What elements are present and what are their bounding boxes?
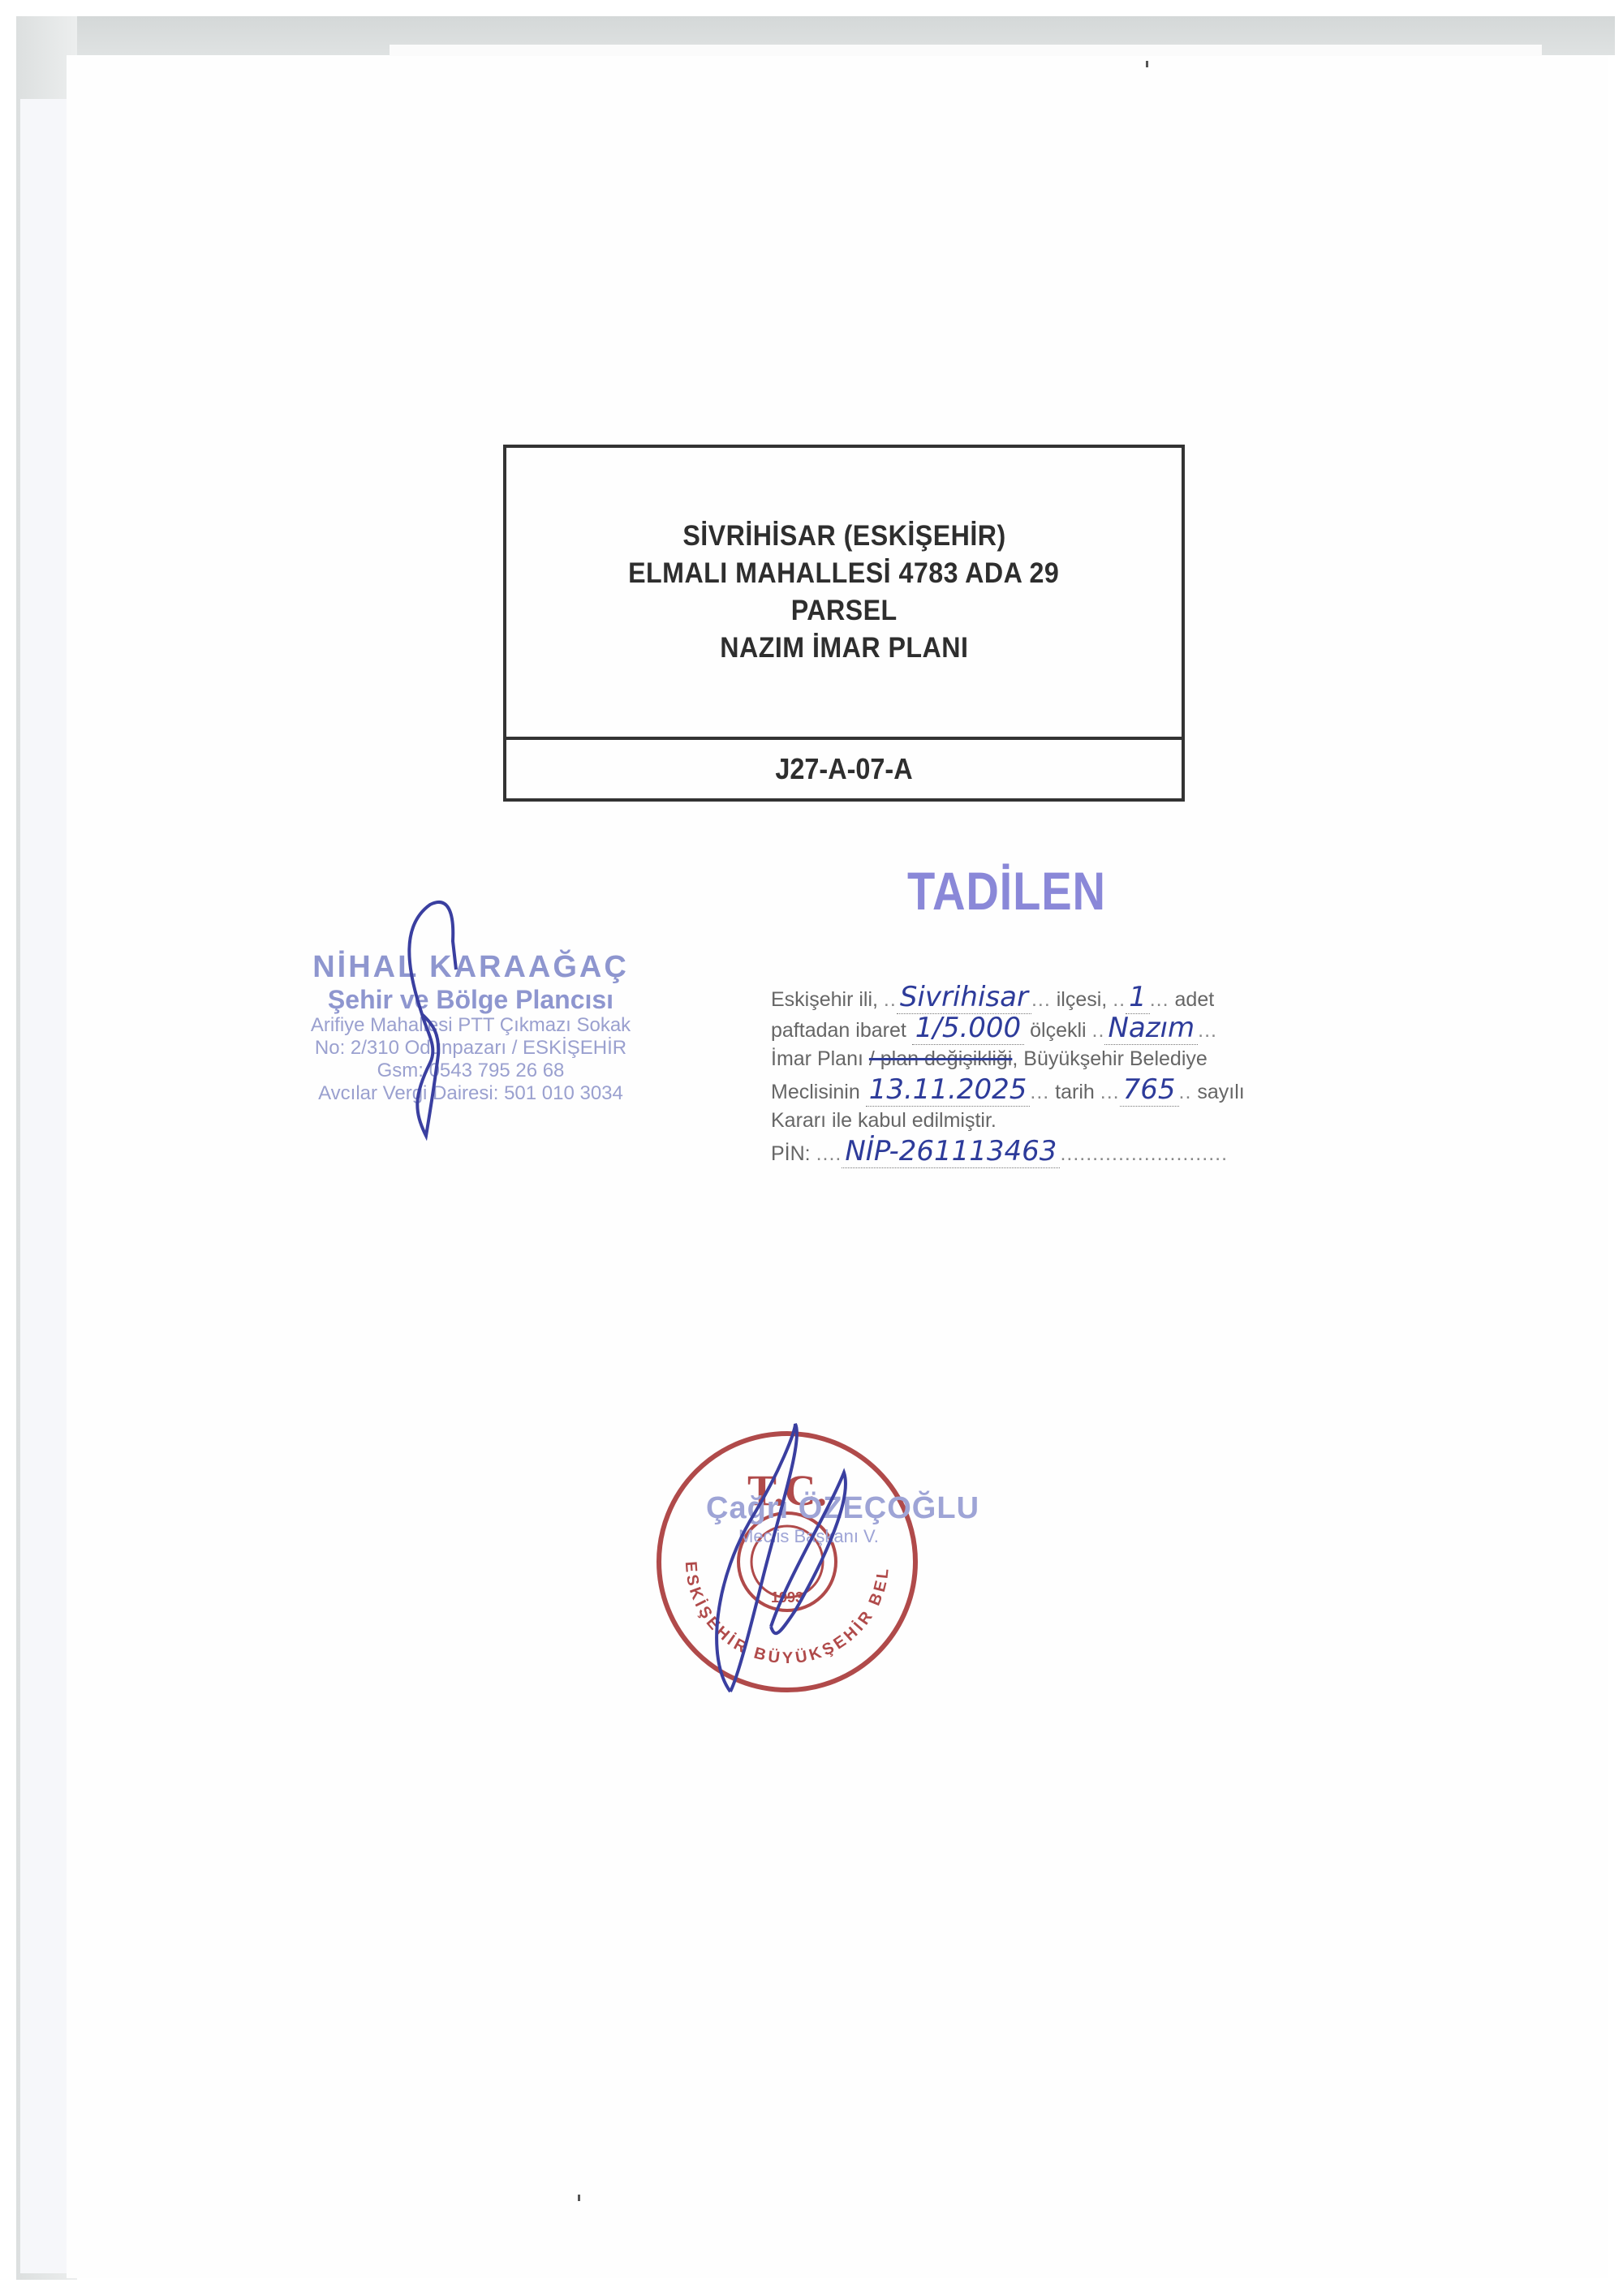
planner-name: NİHAL KARAAĞAÇ — [243, 949, 698, 985]
approval-label: Meclisinin — [771, 1081, 866, 1103]
approval-label: İmar Planı — [771, 1047, 869, 1070]
planner-address-2: No: 2/310 Odunpazarı / ESKİŞEHİR — [243, 1037, 698, 1060]
title-line-4: NAZIM İMAR PLANI — [720, 630, 968, 667]
approval-label: sayılı — [1191, 1081, 1244, 1103]
seal-signer-title: Meclis Başkanı V. — [738, 1526, 979, 1547]
underlying-sheet — [20, 99, 69, 2273]
planner-address-1: Arifiye Mahallesi PTT Çıkmazı Sokak — [243, 1014, 698, 1037]
scan-speck — [1146, 61, 1148, 67]
sheet-code: J27-A-07-A — [540, 740, 1148, 798]
scan-speck — [578, 2195, 580, 2201]
handwritten-pin: NİP-261113463 — [842, 1135, 1060, 1168]
tadilen-stamp-heading: TADİLEN — [907, 860, 1106, 922]
approval-label: paftadan ibaret — [771, 1019, 912, 1042]
official-seal-icon: T.C. 1993 ESKİŞEHİR BÜYÜKŞEHİR BELEDİYE … — [653, 1428, 921, 1696]
struck-text: / plan değişikliği — [869, 1047, 1013, 1070]
approval-label: ilçesi, — [1051, 988, 1113, 1011]
approval-label: tarih — [1049, 1081, 1100, 1103]
approval-row-5: Kararı ile kabul edilmiştir. — [771, 1105, 1388, 1136]
approval-row-4: Meclisinin 13.11.2025... tarih ...765.. … — [771, 1074, 1388, 1105]
handwritten-scale: 1/5.000 — [912, 1012, 1024, 1045]
approval-label: ölçekli — [1024, 1019, 1091, 1042]
approval-row-3: İmar Planı / plan değişikliği, Büyükşehi… — [771, 1043, 1388, 1074]
handwritten-district: Sivrihisar — [897, 981, 1031, 1014]
seal-signer-stamp: Çağrı ÖZEÇOĞLU Meclis Başkanı V. — [706, 1491, 979, 1547]
approval-label: adet — [1169, 988, 1215, 1011]
svg-text:1993: 1993 — [771, 1589, 803, 1606]
planner-tax-office: Avcılar Vergi Dairesi: 501 010 3034 — [243, 1082, 698, 1105]
title-line-1: SİVRİHİSAR (ESKİŞEHİR) — [682, 518, 1005, 555]
approval-label: , Büyükşehir Belediye — [1012, 1047, 1207, 1070]
seal-signer-name: Çağrı ÖZEÇOĞLU — [706, 1491, 979, 1526]
approval-label: PİN: — [771, 1142, 816, 1165]
planner-stamp: NİHAL KARAAĞAÇ Şehir ve Bölge Plancısı A… — [243, 949, 698, 1105]
approval-label: Eskişehir ili, — [771, 988, 884, 1011]
title-block: SİVRİHİSAR (ESKİŞEHİR) ELMALI MAHALLESİ … — [503, 445, 1185, 802]
approval-row-6: PİN: ....NİP-261113463..................… — [771, 1136, 1388, 1167]
approval-row-1: Eskişehir ili, ..Sivrihisar... ilçesi, .… — [771, 982, 1388, 1013]
approval-row-2: paftadan ibaret 1/5.000 ölçekli ..Nazım.… — [771, 1013, 1388, 1043]
title-line-3: PARSEL — [791, 592, 898, 630]
handwritten-plan-type: Nazım — [1104, 1012, 1198, 1045]
approval-label: Kararı ile kabul edilmiştir. — [771, 1109, 997, 1132]
title-block-main: SİVRİHİSAR (ESKİŞEHİR) ELMALI MAHALLESİ … — [506, 448, 1182, 740]
planner-phone: Gsm: 0543 795 26 68 — [243, 1060, 698, 1082]
handwritten-sheet-count: 1 — [1126, 981, 1150, 1014]
page-top-notch — [390, 45, 1542, 56]
handwritten-date: 13.11.2025 — [866, 1073, 1031, 1107]
svg-text:ESKİŞEHİR BÜYÜKŞEHİR BELEDİYE: ESKİŞEHİR BÜYÜKŞEHİR BELEDİYE BAŞKANLIĞI — [653, 1428, 893, 1667]
title-line-2: ELMALI MAHALLESİ 4783 ADA 29 — [628, 555, 1059, 592]
handwritten-decision-number: 765 — [1120, 1073, 1179, 1107]
planner-role: Şehir ve Bölge Plancısı — [243, 985, 698, 1014]
approval-stamp-text: Eskişehir ili, ..Sivrihisar... ilçesi, .… — [771, 982, 1388, 1167]
